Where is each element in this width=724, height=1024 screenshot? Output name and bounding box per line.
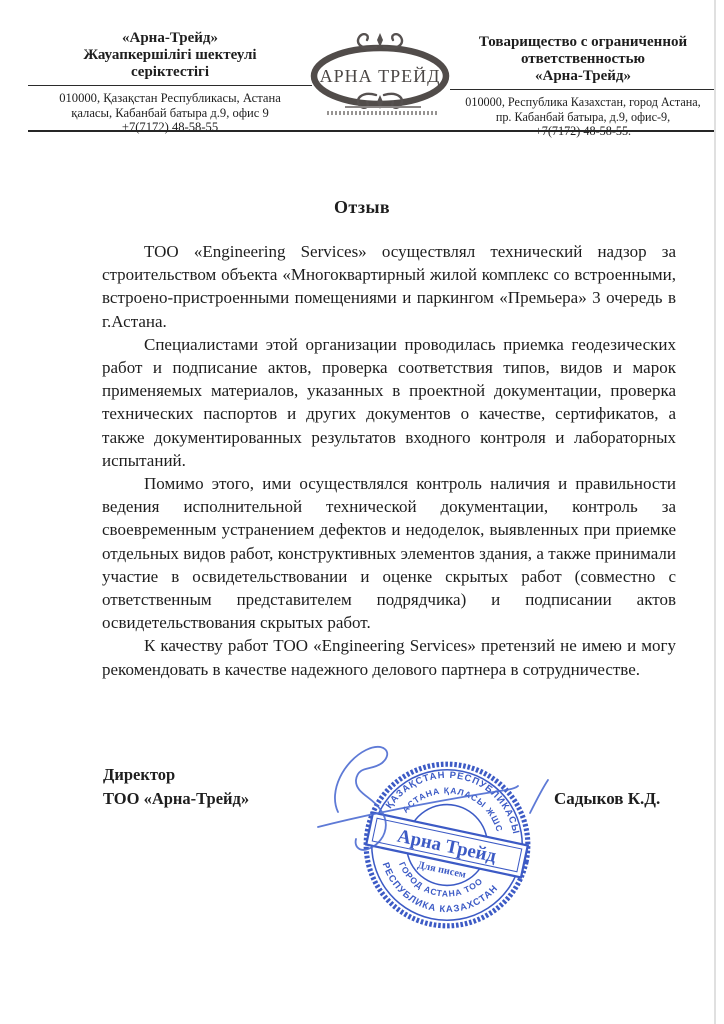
address-ru-line2: пр. Кабанбай батыра, д.9, офис-9,: [450, 110, 716, 125]
company-name-kazakh: «Арна-Трейд» Жауапкершілігі шектеулі сер…: [28, 30, 312, 86]
scan-edge-artifact: [714, 0, 716, 1024]
scanned-letter-page: «Арна-Трейд» Жауапкершілігі шектеулі сер…: [0, 0, 724, 1024]
document-body: ТОО «Engineering Services» осуществлял т…: [102, 240, 676, 681]
logo-caption-microtext: [327, 111, 439, 115]
address-kk-line1: 010000, Қазақстан Республикасы, Астана: [28, 91, 312, 106]
company-name-ru-line2: ответственностью: [450, 51, 716, 68]
address-ru-line1: 010000, Республика Казахстан, город Аста…: [450, 95, 716, 110]
company-name-kk-line2: Жауапкершілігі шектеулі: [28, 47, 312, 64]
signer-role: Директор ТОО «Арна-Трейд»: [103, 763, 249, 810]
company-logo: АРНА ТРЕЙД: [306, 30, 454, 112]
address-kk-line2: қаласы, Кабанбай батыра д.9, офис 9: [28, 106, 312, 121]
paragraph-3: Помимо этого, ими осуществлялся контроль…: [102, 472, 676, 634]
document-title: Отзыв: [0, 197, 724, 218]
company-name-kk-line3: серіктестігі: [28, 64, 312, 81]
logo-text: АРНА ТРЕЙД: [320, 66, 441, 86]
handwritten-signature: [310, 733, 570, 873]
signer-role-line2: ТОО «Арна-Трейд»: [103, 787, 249, 811]
signature-flourish: [335, 747, 387, 850]
letterhead-divider-rule: [28, 130, 716, 132]
signer-role-line1: Директор: [103, 763, 249, 787]
letterhead-left: «Арна-Трейд» Жауапкершілігі шектеулі сер…: [28, 30, 312, 135]
paragraph-2: Специалистами этой организации проводила…: [102, 333, 676, 472]
company-name-kk-line1: «Арна-Трейд»: [28, 30, 312, 47]
signature-long-stroke: [318, 786, 518, 827]
company-address-kazakh: 010000, Қазақстан Республикасы, Астана қ…: [28, 91, 312, 135]
paragraph-1: ТОО «Engineering Services» осуществлял т…: [102, 240, 676, 333]
letterhead-right: Товарищество с ограниченной ответственно…: [450, 34, 716, 139]
company-name-ru-line3: «Арна-Трейд»: [450, 68, 716, 85]
paragraph-4: К качеству работ ТОО «Engineering Servic…: [102, 634, 676, 680]
company-name-russian: Товарищество с ограниченной ответственно…: [450, 34, 716, 90]
signature-slash: [530, 780, 548, 813]
logo-caption-bar: [345, 106, 421, 108]
signer-name: Садыков К.Д.: [554, 789, 660, 809]
company-name-ru-line1: Товарищество с ограниченной: [450, 34, 716, 51]
